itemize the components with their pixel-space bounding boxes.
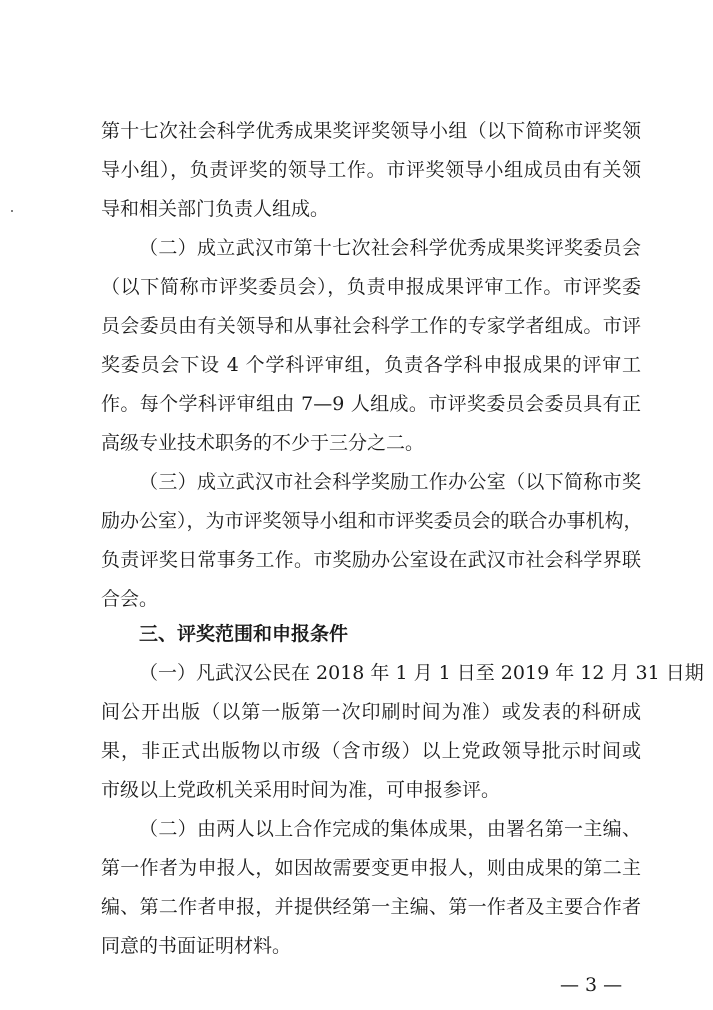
document-page: 第十七次社会科学优秀成果奖评奖领导小组（以下简称市评奖领 导小组），负责评奖的领… [0, 0, 713, 1010]
paragraph-line: 编、第二作者申报，并提供经第一主编、第一作者及主要合作者 [101, 894, 641, 920]
paragraph-line: 间公开出版（以第一版第一次印刷时间为准）或发表的科研成 [101, 699, 641, 725]
paragraph-line: 员会委员由有关领导和从事社会科学工作的专家学者组成。市评 [101, 313, 641, 339]
paragraph-line: 高级专业技术职务的不少于三分之二。 [101, 430, 641, 456]
paragraph-line: 奖委员会下设 4 个学科评审组，负责各学科申报成果的评审工 [101, 352, 641, 378]
paragraph-line: 励办公室），为市评奖领导小组和市评奖委员会的联合办事机构， [101, 508, 641, 534]
paragraph-line: 导和相关部门负责人组成。 [101, 196, 641, 222]
page-number: — 3 — [560, 972, 622, 998]
paragraph-line: 果，非正式出版物以市级（含市级）以上党政领导批示时间或 [101, 738, 641, 764]
scan-speck [11, 210, 13, 212]
section-heading: 三、评奖范围和申报条件 [139, 621, 641, 647]
paragraph-line: 合会。 [101, 586, 641, 612]
paragraph-line: 作。每个学科评审组由 7—9 人组成。市评奖委员会委员具有正 [101, 391, 641, 417]
paragraph-line: 同意的书面证明材料。 [101, 933, 641, 959]
paragraph-line: （三）成立武汉市社会科学奖励工作办公室（以下简称市奖 [139, 469, 641, 495]
paragraph-line: 第十七次社会科学优秀成果奖评奖领导小组（以下简称市评奖领 [101, 118, 641, 144]
paragraph-line: 负责评奖日常事务工作。市奖励办公室设在武汉市社会科学界联 [101, 547, 641, 573]
paragraph-line: （二）成立武汉市第十七次社会科学优秀成果奖评奖委员会 [139, 235, 641, 261]
paragraph-line: （二）由两人以上合作完成的集体成果，由署名第一主编、 [139, 816, 641, 842]
paragraph-line: 第一作者为申报人，如因故需要变更申报人，则由成果的第二主 [101, 855, 641, 881]
paragraph-line: （一）凡武汉公民在 2018 年 1 月 1 日至 2019 年 12 月 31… [139, 660, 641, 686]
paragraph-line: （以下简称市评奖委员会），负责申报成果评审工作。市评奖委 [101, 274, 641, 300]
paragraph-line: 市级以上党政机关采用时间为准，可申报参评。 [101, 777, 641, 803]
paragraph-line: 导小组），负责评奖的领导工作。市评奖领导小组成员由有关领 [101, 157, 641, 183]
